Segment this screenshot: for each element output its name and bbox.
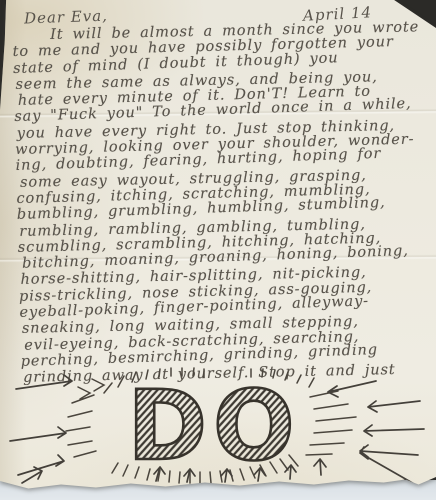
arrows-right bbox=[328, 381, 424, 485]
radiating-dashes-right bbox=[306, 391, 356, 455]
do-word-text: DO bbox=[127, 370, 300, 482]
do-word-drawing: DO bbox=[8, 366, 428, 494]
arrows-left bbox=[10, 375, 72, 483]
letter-paper: Dear Eva, April 14 It will be almost a m… bbox=[0, 0, 436, 500]
radiating-dashes-left bbox=[66, 379, 104, 457]
salutation: Dear Eva, bbox=[24, 7, 108, 28]
letter-photograph: Dear Eva, April 14 It will be almost a m… bbox=[0, 0, 436, 500]
letter-body: It will be almost a month since you wrot… bbox=[12, 17, 436, 387]
